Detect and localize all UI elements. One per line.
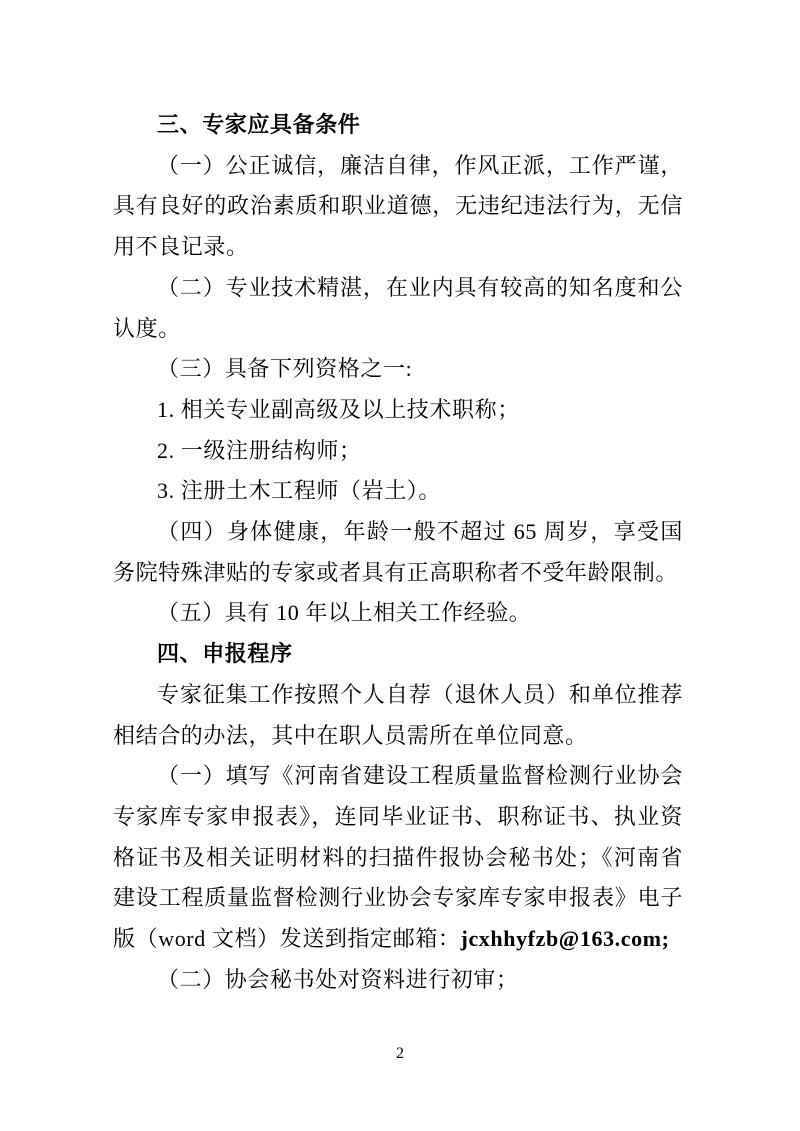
paragraph-expertise-requirement: （二）专业技术精湛，在业内具有较高的知名度和公认度。 xyxy=(113,268,683,349)
paragraph-application-step2: （二）协会秘书处对资料进行初审； xyxy=(113,960,683,1001)
list-item-civil-engineer: 3. 注册土木工程师（岩土）。 xyxy=(113,471,683,512)
document-body: 三、专家应具备条件 （一）公正诚信，廉洁自律，作风正派，工作严谨，具有良好的政治… xyxy=(113,105,683,1000)
paragraph-application-method: 专家征集工作按照个人自荐（退休人员）和单位推荐相结合的办法，其中在职人员需所在单… xyxy=(113,675,683,756)
section-heading-expert-requirements: 三、专家应具备条件 xyxy=(113,105,683,146)
paragraph-application-step1: （一）填写《河南省建设工程质量监督检测行业协会专家库专家申报表》，连同毕业证书、… xyxy=(113,756,683,960)
paragraph-experience-requirement: （五）具有 10 年以上相关工作经验。 xyxy=(113,593,683,634)
paragraph-health-age-requirement: （四）身体健康，年龄一般不超过 65 周岁，享受国务院特殊津贴的专家或者具有正高… xyxy=(113,512,683,593)
email-address: jcxhhyfzb@163.com; xyxy=(461,926,670,951)
document-page: 三、专家应具备条件 （一）公正诚信，廉洁自律，作风正派，工作严谨，具有良好的政治… xyxy=(0,0,800,1131)
application-step1-text: （一）填写《河南省建设工程质量监督检测行业协会专家库专家申报表》，连同毕业证书、… xyxy=(113,763,683,951)
section-heading-application-procedure: 四、申报程序 xyxy=(113,634,683,675)
paragraph-qualification-intro: （三）具备下列资格之一: xyxy=(113,349,683,390)
list-item-senior-title: 1. 相关专业副高级及以上技术职称； xyxy=(113,390,683,431)
page-number: 2 xyxy=(0,1044,800,1064)
list-item-structural-engineer: 2. 一级注册结构师； xyxy=(113,431,683,472)
paragraph-integrity-requirement: （一）公正诚信，廉洁自律，作风正派，工作严谨，具有良好的政治素质和职业道德，无违… xyxy=(113,146,683,268)
